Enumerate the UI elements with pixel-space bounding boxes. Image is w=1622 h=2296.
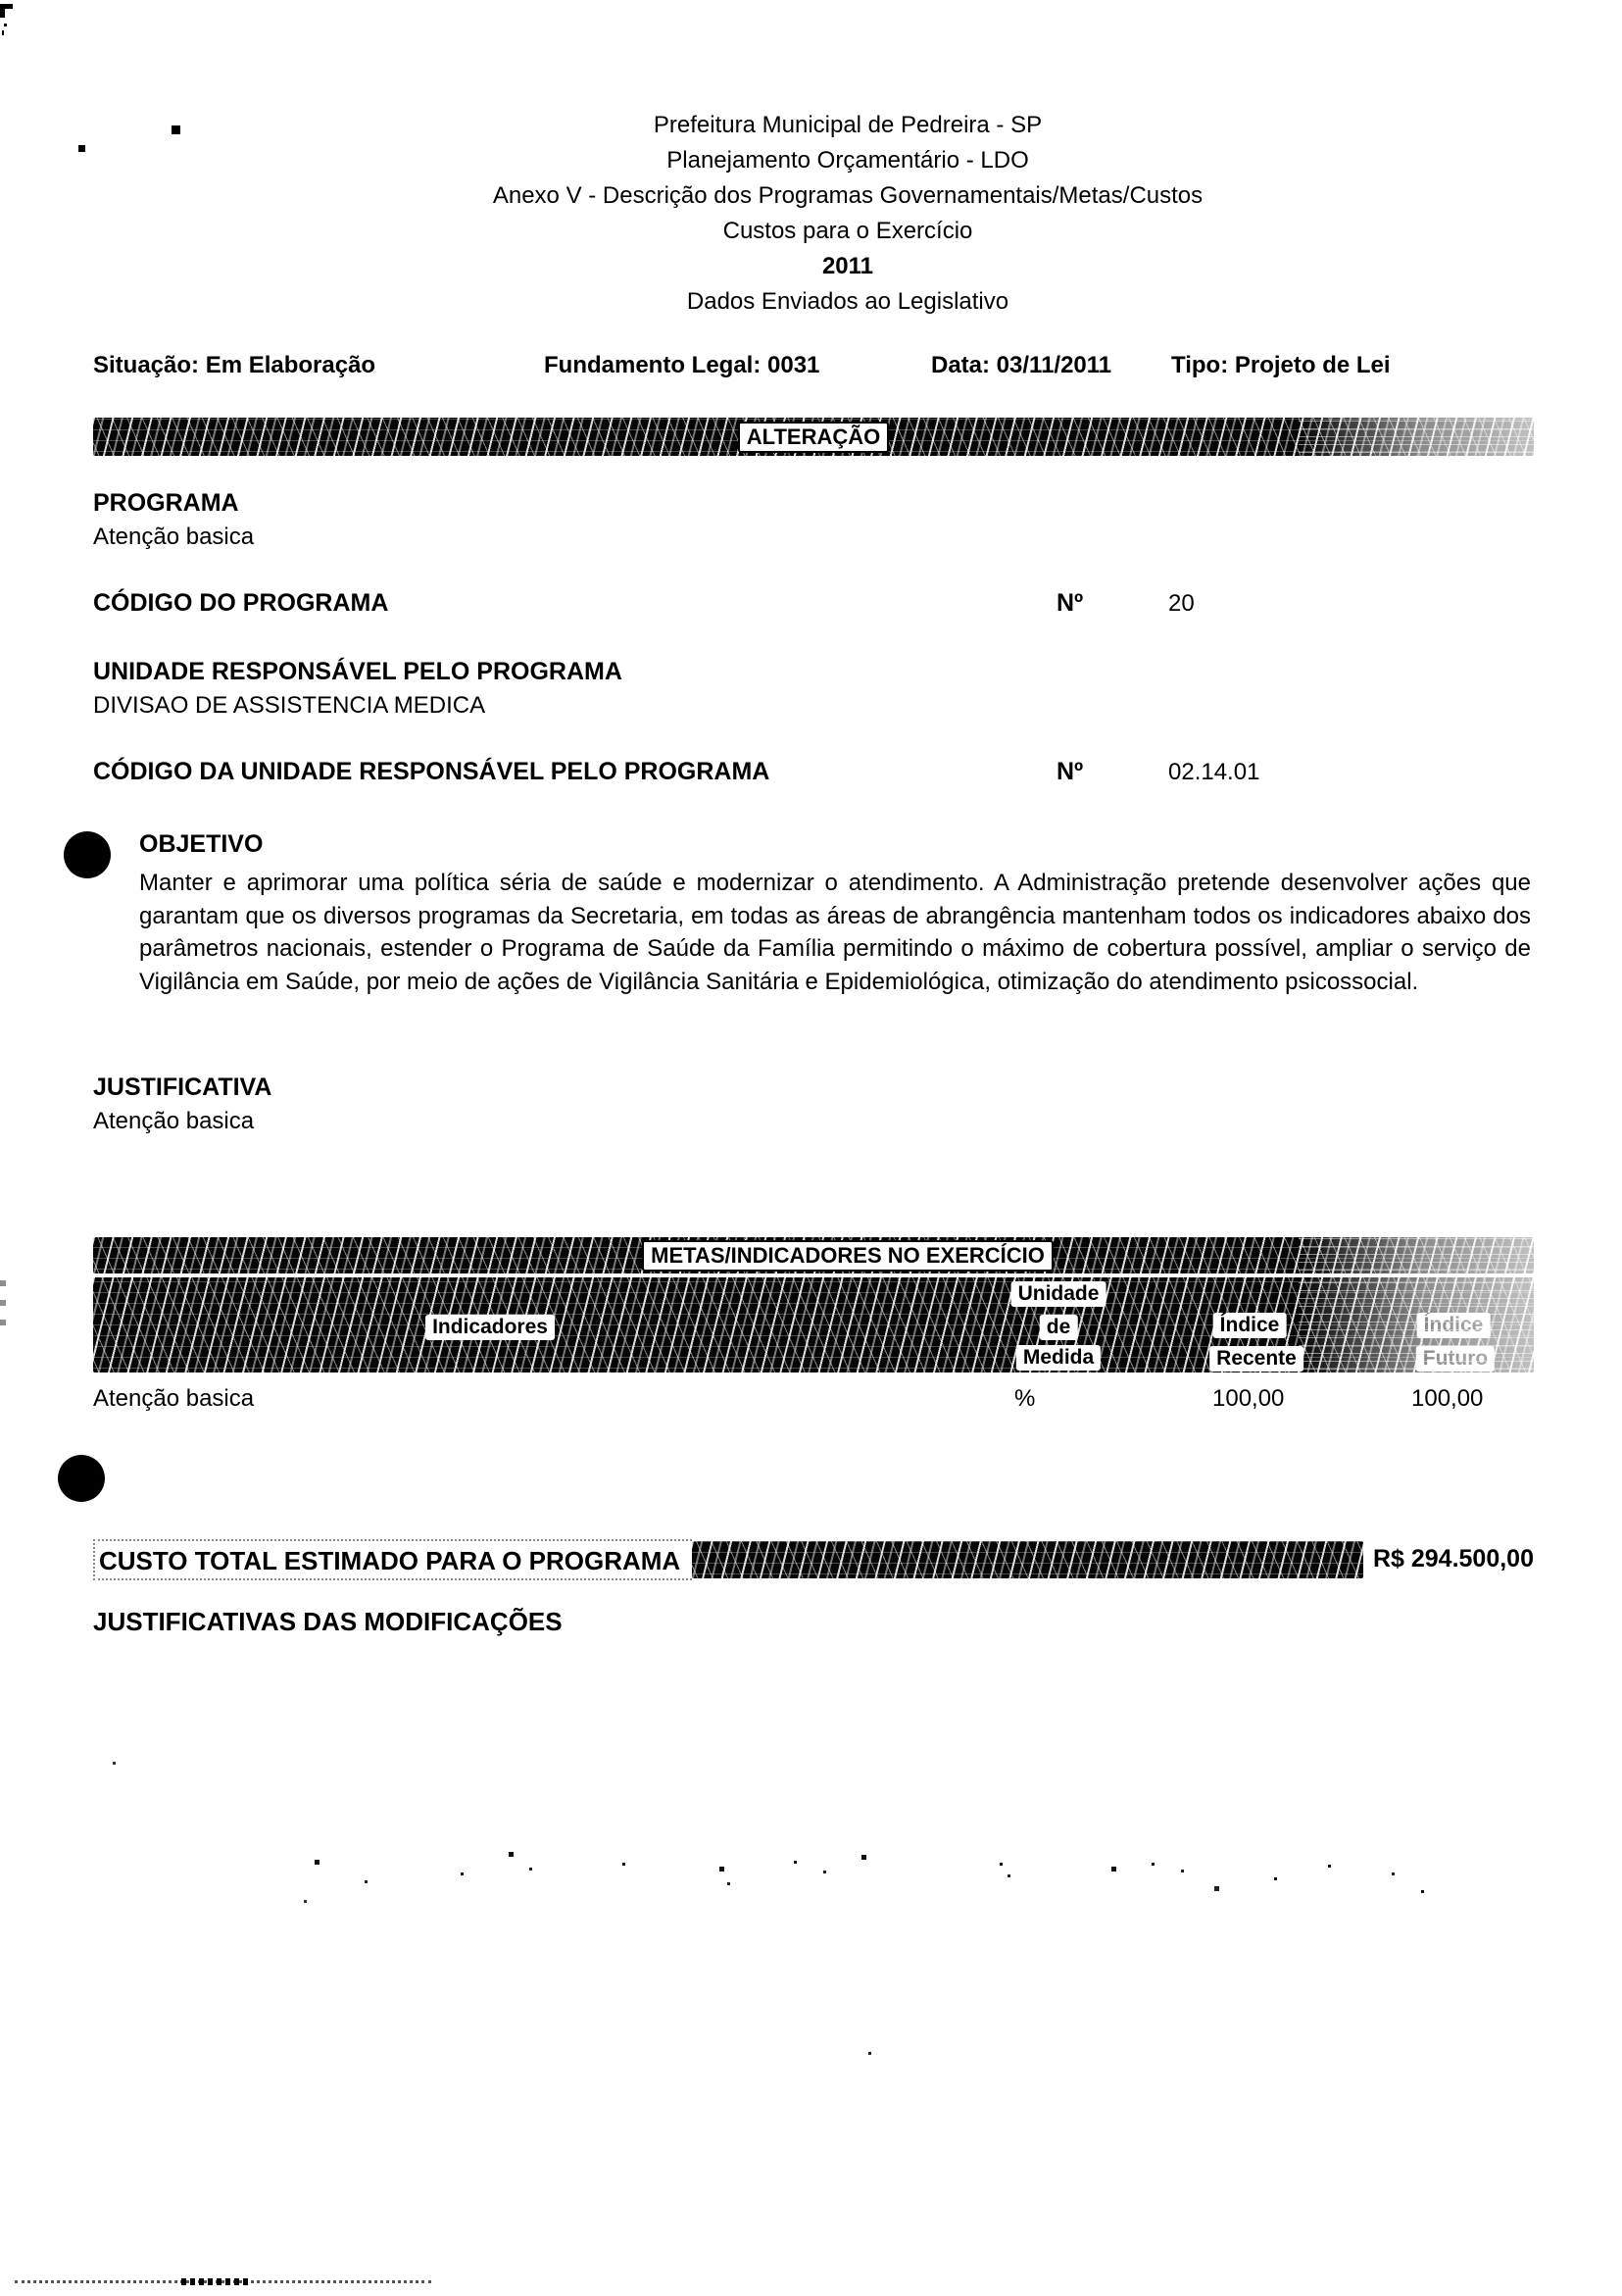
col-unidade-line2: de	[1040, 1315, 1078, 1340]
row-unidade-medida: %	[1014, 1384, 1035, 1414]
status-data: Data: 03/11/2011	[931, 351, 1111, 380]
unidade-responsavel-value: DIVISAO DE ASSISTENCIA MEDICA	[93, 691, 485, 721]
metas-table-row: Atenção basica % 100,00 100,00	[0, 1384, 1622, 1418]
objetivo-text: Manter e aprimorar uma política séria de…	[139, 867, 1531, 998]
alteracao-label: ALTERAÇÃO	[738, 422, 889, 453]
status-fundamento-legal: Fundamento Legal: 0031	[544, 351, 819, 380]
programa-label: PROGRAMA	[93, 488, 239, 518]
justificativa-label: JUSTIFICATIVA	[93, 1073, 271, 1102]
codigo-unidade-value: 02.14.01	[1168, 758, 1259, 787]
header-legislative: Dados Enviados ao Legislativo	[74, 284, 1622, 320]
scan-corner-artifact	[0, 4, 14, 37]
scan-edge-marks	[0, 1267, 6, 1325]
codigo-programa-label: CÓDIGO DO PROGRAMA	[93, 588, 388, 618]
col-unidade-line3: Medida	[1016, 1345, 1101, 1371]
row-indice-recente: 100,00	[1212, 1384, 1284, 1414]
col-unidade-line1: Unidade	[1011, 1281, 1106, 1307]
col-indice-recente-line1: Índice	[1213, 1313, 1287, 1338]
scanned-document-page: Prefeitura Municipal de Pedreira - SP Pl…	[0, 0, 1622, 2296]
document-header: Prefeitura Municipal de Pedreira - SP Pl…	[74, 108, 1622, 320]
header-entity: Prefeitura Municipal de Pedreira - SP	[74, 108, 1622, 143]
metas-title-bar: METAS/INDICADORES NO EXERCÍCIO	[93, 1237, 1534, 1273]
header-annex: Anexo V - Descrição dos Programas Govern…	[74, 178, 1622, 214]
custo-total-value: R$ 294.500,00	[1363, 1539, 1534, 1580]
unidade-responsavel-label: UNIDADE RESPONSÁVEL PELO PROGRAMA	[93, 657, 622, 686]
objetivo-label: OBJETIVO	[139, 829, 263, 859]
custo-total-label: CUSTO TOTAL ESTIMADO PARA O PROGRAMA	[93, 1539, 692, 1580]
status-situacao: Situação: Em Elaboração	[93, 351, 375, 380]
programa-value: Atenção basica	[93, 523, 254, 552]
hole-punch-mark-top	[64, 831, 111, 878]
codigo-programa-numero-label: Nº	[1057, 588, 1083, 618]
custo-total-bar: CUSTO TOTAL ESTIMADO PARA O PROGRAMA R$ …	[93, 1539, 1534, 1580]
metas-title-label: METAS/INDICADORES NO EXERCÍCIO	[642, 1240, 1054, 1272]
codigo-unidade-label: CÓDIGO DA UNIDADE RESPONSÁVEL PELO PROGR…	[93, 757, 769, 786]
scan-noise-specks	[0, 0, 3, 3]
hole-punch-mark-bottom	[58, 1455, 105, 1502]
alteracao-bar: ALTERAÇÃO	[93, 418, 1534, 456]
row-indice-futuro: 100,00	[1411, 1384, 1483, 1414]
codigo-unidade-numero-label: Nº	[1057, 757, 1083, 786]
scan-bottom-dark-segment	[181, 2278, 250, 2285]
justificativas-modificacoes-label: JUSTIFICATIVAS DAS MODIFICAÇÕES	[93, 1606, 563, 1637]
custo-total-noise-strip	[692, 1541, 1363, 1578]
col-indice-recente-line2: Recente	[1209, 1346, 1303, 1372]
row-indicador: Atenção basica	[93, 1384, 254, 1414]
col-indice-futuro-line1: Índice	[1417, 1313, 1491, 1338]
header-year: 2011	[74, 249, 1622, 284]
status-tipo: Tipo: Projeto de Lei	[1171, 351, 1391, 380]
col-indice-futuro-line2: Futuro	[1416, 1346, 1495, 1372]
codigo-programa-value: 20	[1168, 589, 1195, 619]
header-costs: Custos para o Exercício	[74, 214, 1622, 249]
col-indicadores: Indicadores	[425, 1315, 555, 1340]
metas-header-bar: Indicadores Unidade de Medida Índice Rec…	[93, 1277, 1534, 1373]
header-subtitle: Planejamento Orçamentário - LDO	[74, 143, 1622, 178]
justificativa-value: Atenção basica	[93, 1107, 254, 1136]
